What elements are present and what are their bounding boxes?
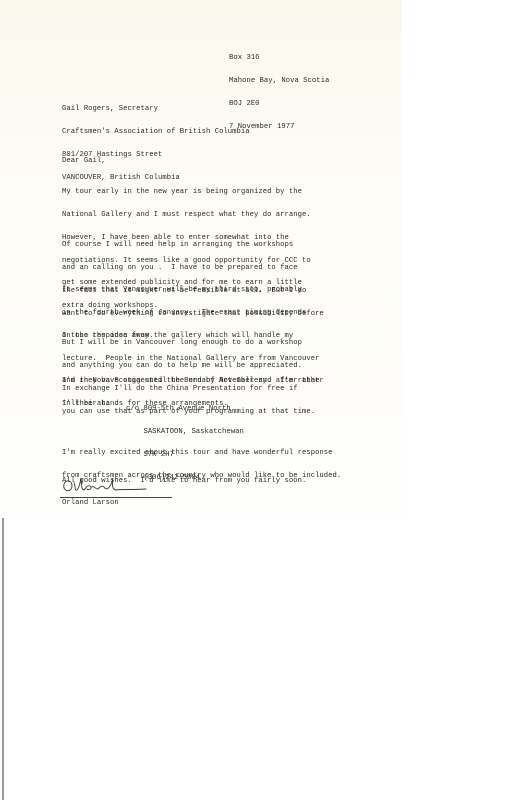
address-line: c/o 809-5th Avenue North [126, 406, 244, 414]
text-line: It seems that Vancouver will be my third… [62, 287, 324, 295]
text-line: But I will be in Vancouver long enough t… [62, 340, 315, 348]
sender-line: Mahone Bay, Nova Scotia [229, 78, 329, 86]
text-line: National Gallery and I must respect what… [62, 212, 311, 220]
signature-rule [60, 497, 172, 498]
recipient-line: Craftsmen's Association of British Colum… [62, 129, 250, 137]
text-line: I'm in Nova Scotia until the end of Nove… [62, 378, 319, 386]
text-line: I'm really excited about this tour and h… [62, 450, 341, 458]
signer-name: Orland Larson [62, 500, 119, 508]
scan-edge-line [2, 518, 4, 800]
text-line: My tour early in the new year is being o… [62, 189, 311, 197]
salutation: Dear Gail, [62, 158, 106, 166]
text-line: in the fourth week of January. The exact… [62, 310, 324, 318]
text-line: Of course I will need help in arranging … [62, 242, 324, 250]
recipient-line: Gail Rogers, Secretary [62, 106, 250, 114]
handwritten-signature [60, 474, 150, 496]
sender-line: Box 316 [229, 55, 329, 63]
